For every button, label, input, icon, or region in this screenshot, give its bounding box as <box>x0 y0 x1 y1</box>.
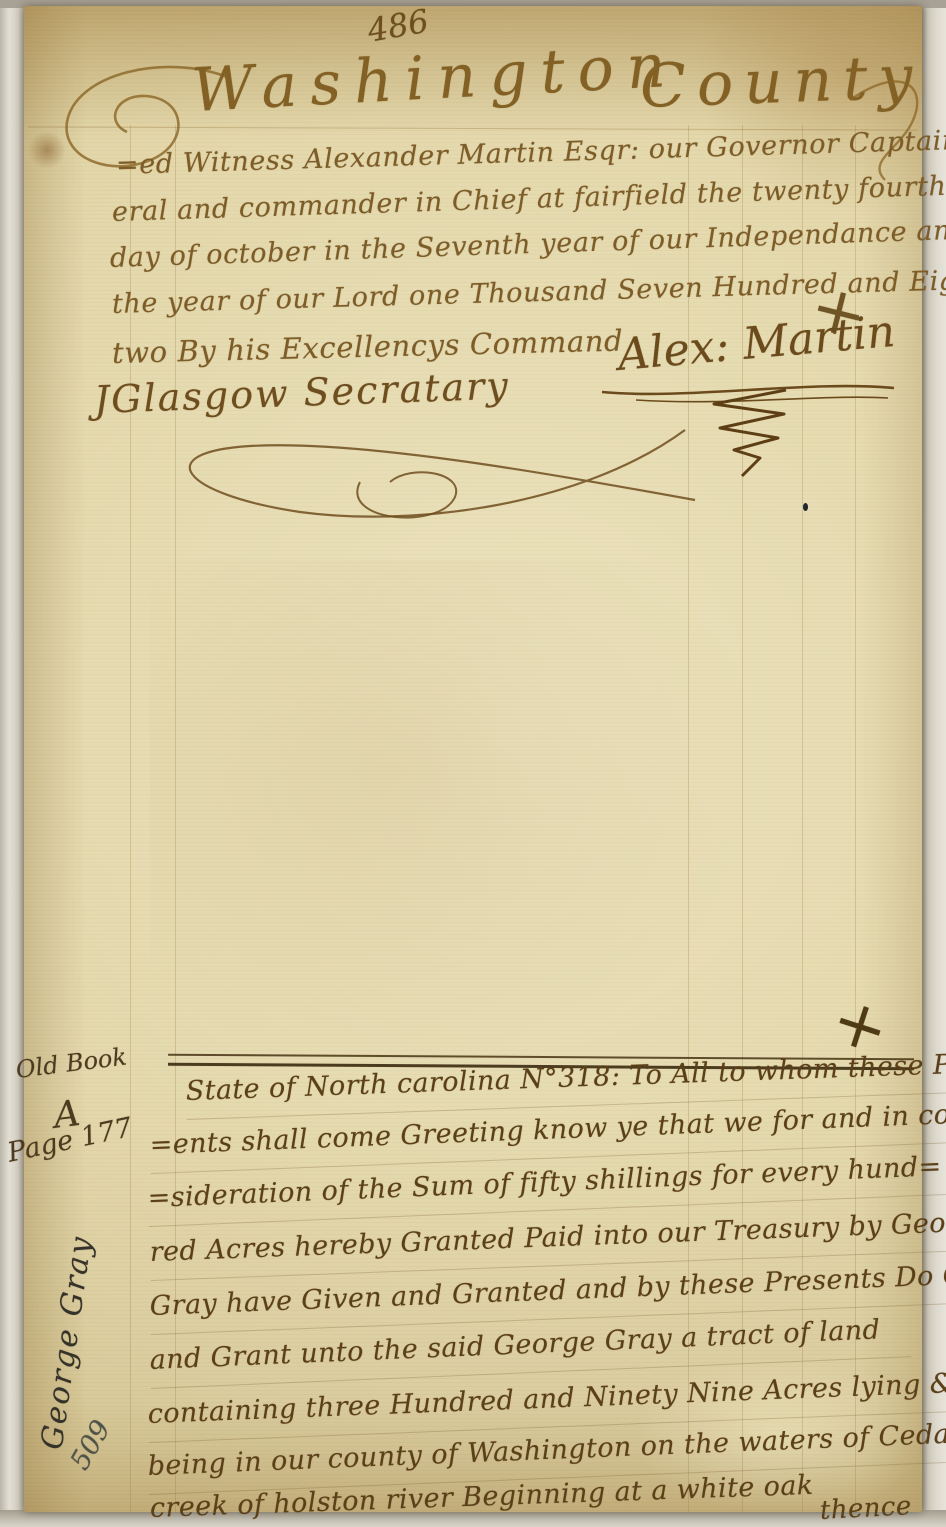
book-edge-left <box>0 0 26 1527</box>
catchword: thence <box>819 1491 912 1526</box>
header-county-word: County <box>639 42 925 122</box>
feint-rule-vertical <box>130 125 131 1512</box>
document-scan: 486 Washington County =ed Witness Alexan… <box>0 0 946 1527</box>
